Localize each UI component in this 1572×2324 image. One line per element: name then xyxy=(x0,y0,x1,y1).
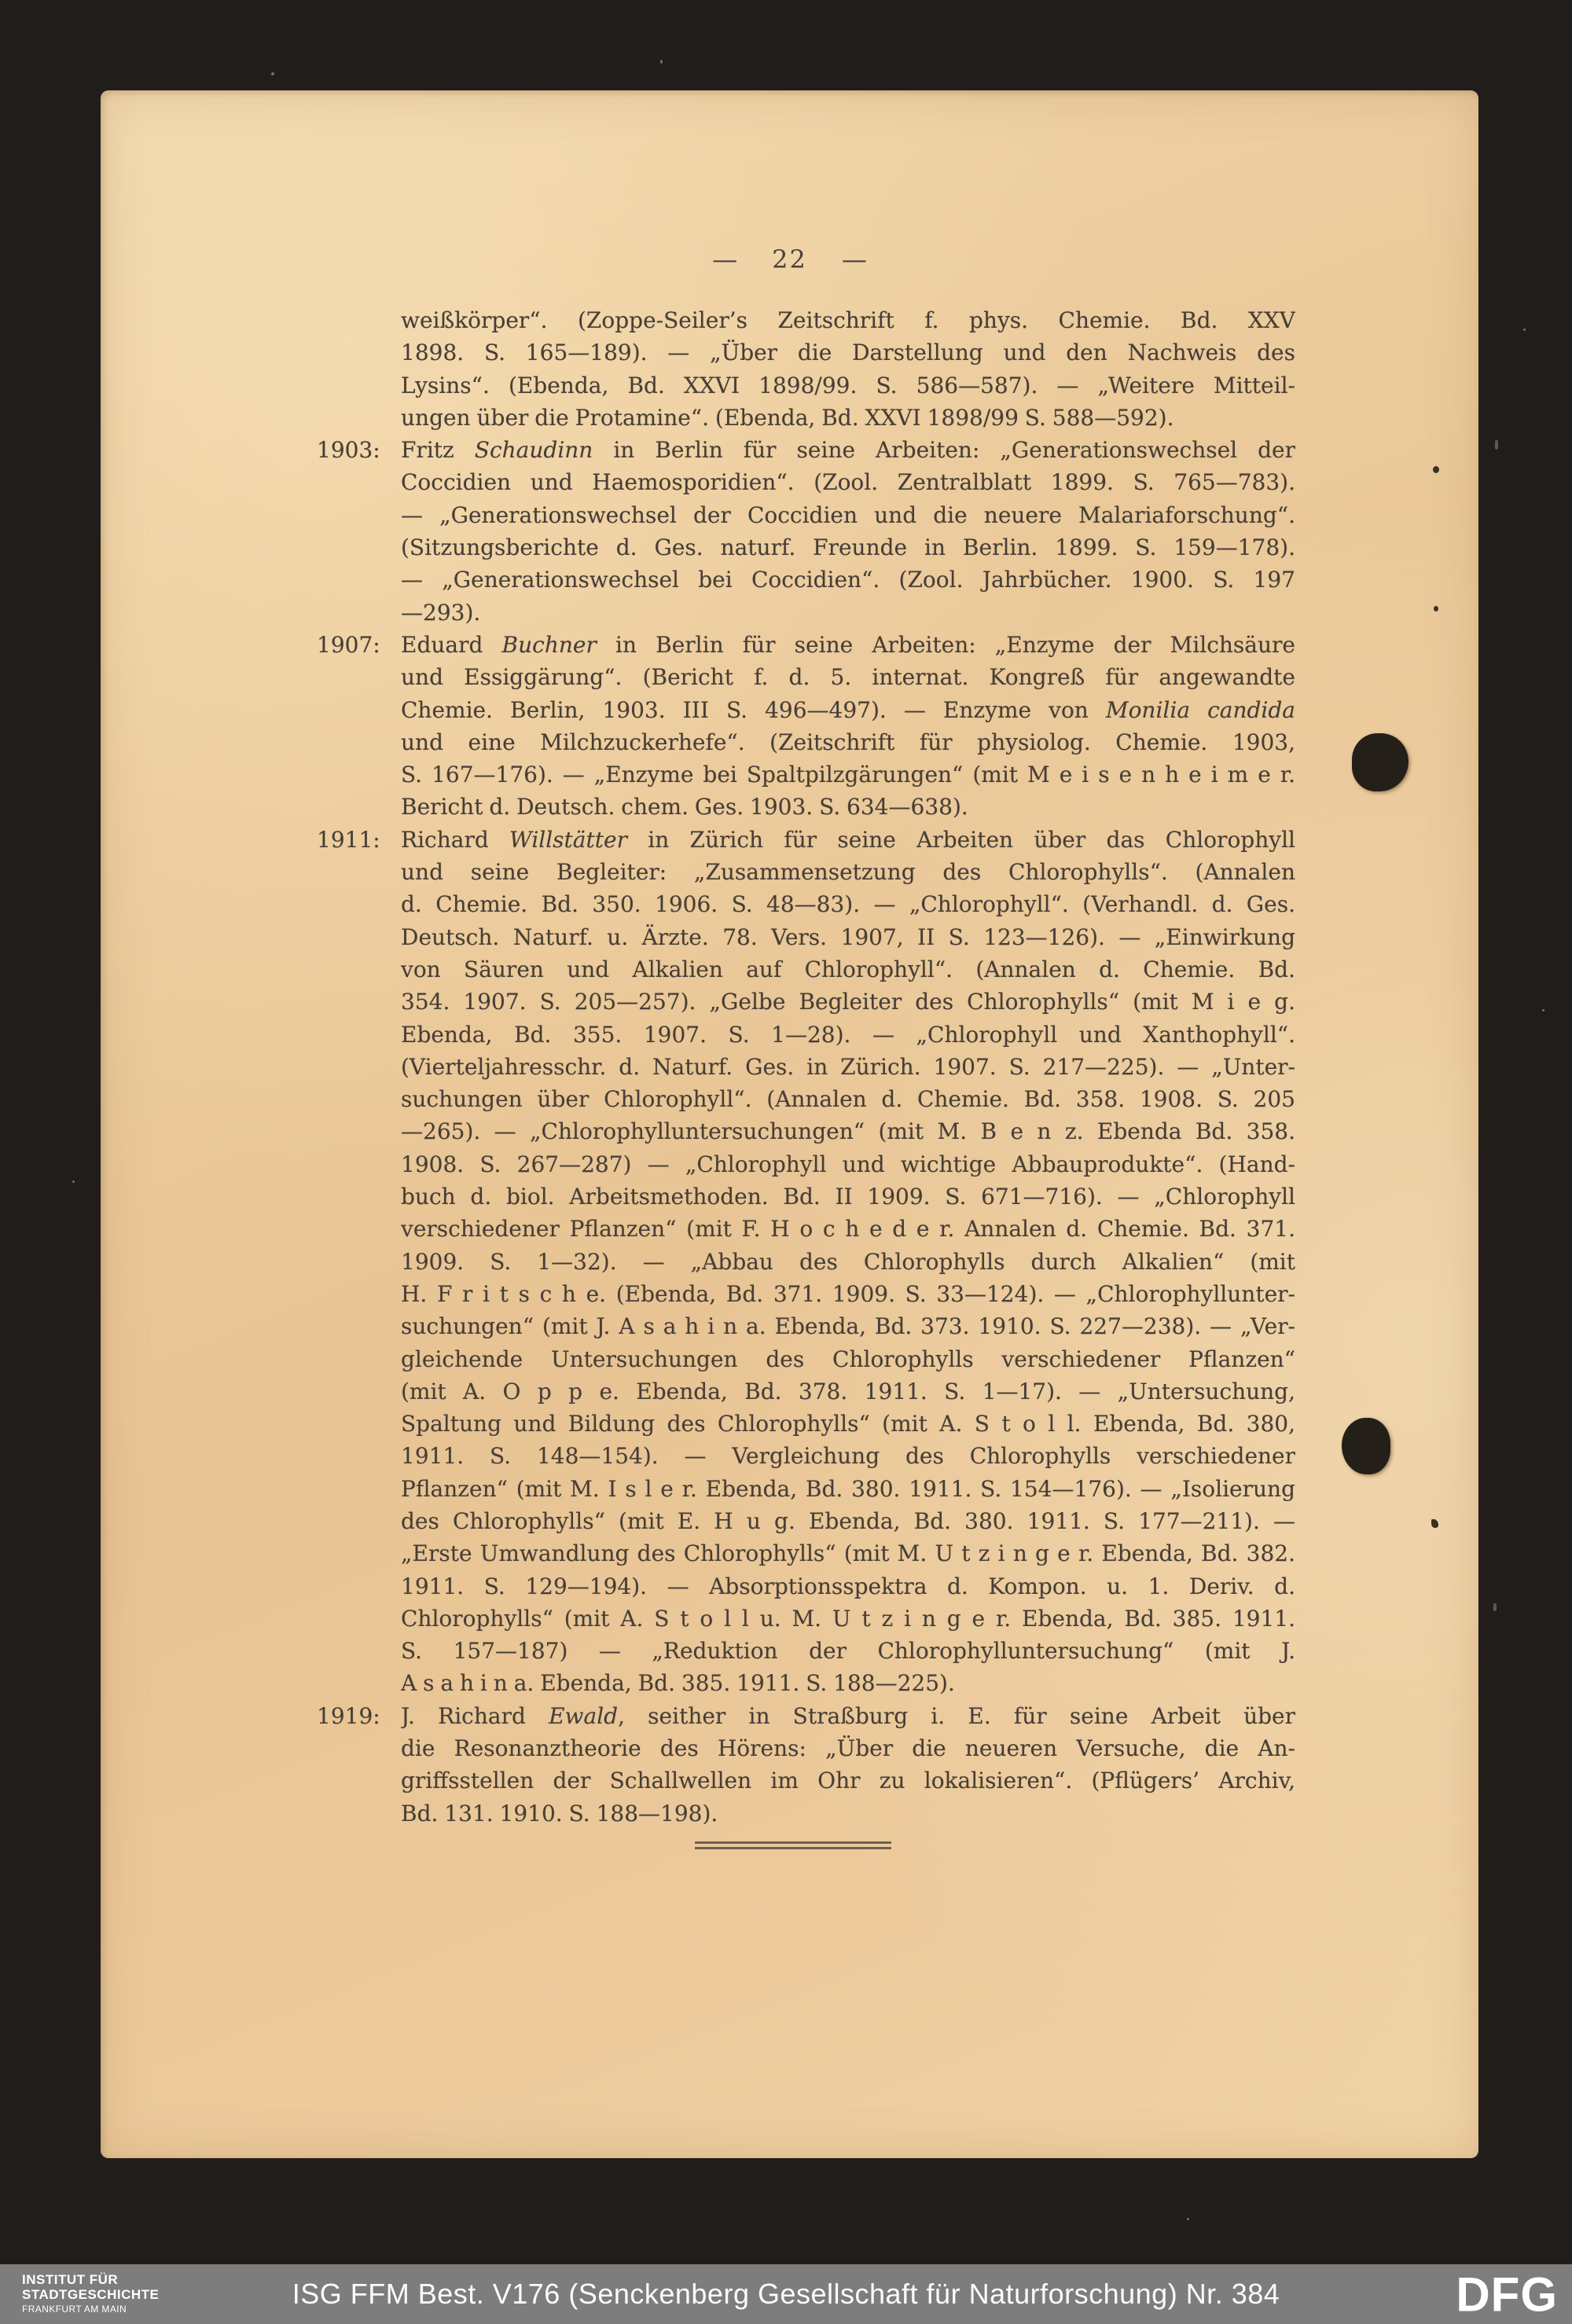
text-line: — „Generationswechsel der Coccidien und … xyxy=(401,499,1295,531)
text-line: buch d. biol. Arbeitsmethoden. Bd. II 19… xyxy=(401,1180,1295,1213)
dust-speck xyxy=(1495,440,1498,450)
text-line: —293). xyxy=(401,597,1295,629)
text-line: 1909. S. 1—32). — „Abbau des Chlorophyll… xyxy=(401,1246,1295,1278)
text-line: S. 157—187) — „Reduktion der Chlorophyll… xyxy=(401,1635,1295,1667)
page-number-dash-right: — xyxy=(842,244,867,274)
entry-year-label: 1911: xyxy=(317,824,380,856)
text-line: Spaltung und Bildung des Chlorophylls“ (… xyxy=(401,1408,1295,1440)
dust-speck xyxy=(1523,329,1526,331)
text-line: (Sitzungsberichte d. Ges. naturf. Freund… xyxy=(401,531,1295,564)
text-line: Fritz Schaudinn in Berlin für seine Arbe… xyxy=(401,434,1295,466)
text-line: und seine Begleiter: „Zusammensetzung de… xyxy=(401,856,1295,888)
bibliography-entry: weißkörper“. (Zoppe-Seiler’s Zeitschrift… xyxy=(401,304,1295,434)
text-line: Bd. 131. 1910. S. 188—198). xyxy=(401,1797,1295,1830)
text-line: 354. 1907. S. 205—257). „Gelbe Begleiter… xyxy=(401,986,1295,1018)
bibliography-entry: 1907:Eduard Buchner in Berlin für seine … xyxy=(401,629,1295,824)
entry-year-label: 1903: xyxy=(317,434,380,466)
text-line: und eine Milchzuckerhefe“. (Zeitschrift … xyxy=(401,726,1295,758)
entry-year-label: 1919: xyxy=(317,1700,380,1732)
text-line: —265). — „Chlorophylluntersuchungen“ (mi… xyxy=(401,1115,1295,1147)
text-line: griffsstellen der Schallwellen im Ohr zu… xyxy=(401,1764,1295,1797)
text-line: (mit A. O p p e. Ebenda, Bd. 378. 1911. … xyxy=(401,1375,1295,1408)
text-line: Richard Willstätter in Zürich für seine … xyxy=(401,824,1295,856)
text-line: verschiedener Pflanzen“ (mit F. H o c h … xyxy=(401,1213,1295,1245)
dust-speck xyxy=(72,1180,75,1183)
page-number-value: 22 xyxy=(772,244,807,274)
text-line: des Chlorophylls“ (mit E. H u g. Ebenda,… xyxy=(401,1505,1295,1537)
page-number-dash-left: — xyxy=(712,244,737,274)
dust-speck xyxy=(1493,1603,1497,1611)
text-line: d. Chemie. Bd. 350. 1906. S. 48—83). — „… xyxy=(401,888,1295,920)
text-line: Deutsch. Naturf. u. Ärzte. 78. Vers. 190… xyxy=(401,921,1295,953)
punch-hole xyxy=(1342,1418,1390,1474)
scan-viewer: { "scan": { "page_number_dash": "—", "pa… xyxy=(0,0,1572,2324)
text-line: Chemie. Berlin, 1903. III S. 496—497). —… xyxy=(401,694,1295,726)
archive-reference: ISG FFM Best. V176 (Senckenberg Gesellsc… xyxy=(0,2264,1572,2324)
dust-speck xyxy=(271,72,274,75)
text-line: Chlorophylls“ (mit A. S t o l l u. M. U … xyxy=(401,1603,1295,1635)
paper-speck xyxy=(1434,606,1438,611)
text-line: und Essiggärung“. (Bericht f. d. 5. inte… xyxy=(401,661,1295,693)
text-line: (Vierteljahresschr. d. Naturf. Ges. in Z… xyxy=(401,1051,1295,1083)
text-line: Lysins“. (Ebenda, Bd. XXVI 1898/99. S. 5… xyxy=(401,369,1295,402)
text-line: Ebenda, Bd. 355. 1907. S. 1—28). — „Chlo… xyxy=(401,1019,1295,1051)
text-line: S. 167—176). — „Enzyme bei Spaltpilzgäru… xyxy=(401,758,1295,791)
page-number: — 22 — xyxy=(101,244,1478,274)
text-line: Bericht d. Deutsch. chem. Ges. 1903. S. … xyxy=(401,791,1295,823)
entry-year-label: 1907: xyxy=(317,629,380,661)
text-line: J. Richard Ewald, seither in Straßburg i… xyxy=(401,1700,1295,1732)
text-line: ungen über die Protamine“. (Ebenda, Bd. … xyxy=(401,402,1295,434)
paper-speck xyxy=(1431,1519,1438,1528)
dust-speck xyxy=(660,60,663,64)
text-line: 1898. S. 165—189). — „Über die Darstellu… xyxy=(401,336,1295,369)
punch-hole xyxy=(1352,733,1409,791)
text-line: die Resonanztheorie des Hörens: „Über di… xyxy=(401,1732,1295,1764)
text-line: H. F r i t s c h e. (Ebenda, Bd. 371. 19… xyxy=(401,1278,1295,1310)
bibliography-entry: 1919:J. Richard Ewald, seither in Straßb… xyxy=(401,1700,1295,1830)
dust-speck xyxy=(1542,1009,1544,1011)
text-line: Pflanzen“ (mit M. I s l e r. Ebenda, Bd.… xyxy=(401,1473,1295,1505)
text-line: Coccidien und Haemosporidien“. (Zool. Ze… xyxy=(401,466,1295,498)
footer-bar: INSTITUT FÜR STADTGESCHICHTE FRANKFURT A… xyxy=(0,2264,1572,2324)
text-line: — „Generationswechsel bei Coccidien“. (Z… xyxy=(401,564,1295,596)
scanned-page: — 22 — weißkörper“. (Zoppe-Seiler’s Zeit… xyxy=(101,90,1478,2158)
text-line: 1911. S. 148—154). — Vergleichung des Ch… xyxy=(401,1440,1295,1472)
text-line: Eduard Buchner in Berlin für seine Arbei… xyxy=(401,629,1295,661)
end-divider-rule xyxy=(695,1841,891,1849)
bibliography-entry: 1903:Fritz Schaudinn in Berlin für seine… xyxy=(401,434,1295,629)
bibliography-list: weißkörper“. (Zoppe-Seiler’s Zeitschrift… xyxy=(401,304,1295,1830)
text-line: 1911. S. 129—194). — Absorptionsspektra … xyxy=(401,1570,1295,1603)
dust-speck xyxy=(1187,2218,1189,2220)
text-line: gleichende Untersuchungen des Chlorophyl… xyxy=(401,1343,1295,1375)
bibliography-entry: 1911:Richard Willstätter in Zürich für s… xyxy=(401,824,1295,1700)
text-line: weißkörper“. (Zoppe-Seiler’s Zeitschrift… xyxy=(401,304,1295,336)
paper-speck xyxy=(1433,466,1439,473)
text-line: „Erste Umwandlung des Chlorophylls“ (mit… xyxy=(401,1537,1295,1570)
text-line: A s a h i n a. Ebenda, Bd. 385. 1911. S.… xyxy=(401,1667,1295,1699)
dfg-logo: DFG xyxy=(1456,2267,1558,2321)
text-line: suchungen“ (mit J. A s a h i n a. Ebenda… xyxy=(401,1310,1295,1342)
text-line: von Säuren und Alkalien auf Chlorophyll“… xyxy=(401,953,1295,986)
text-line: 1908. S. 267—287) — „Chlorophyll und wic… xyxy=(401,1148,1295,1180)
text-line: suchungen über Chlorophyll“. (Annalen d.… xyxy=(401,1083,1295,1115)
